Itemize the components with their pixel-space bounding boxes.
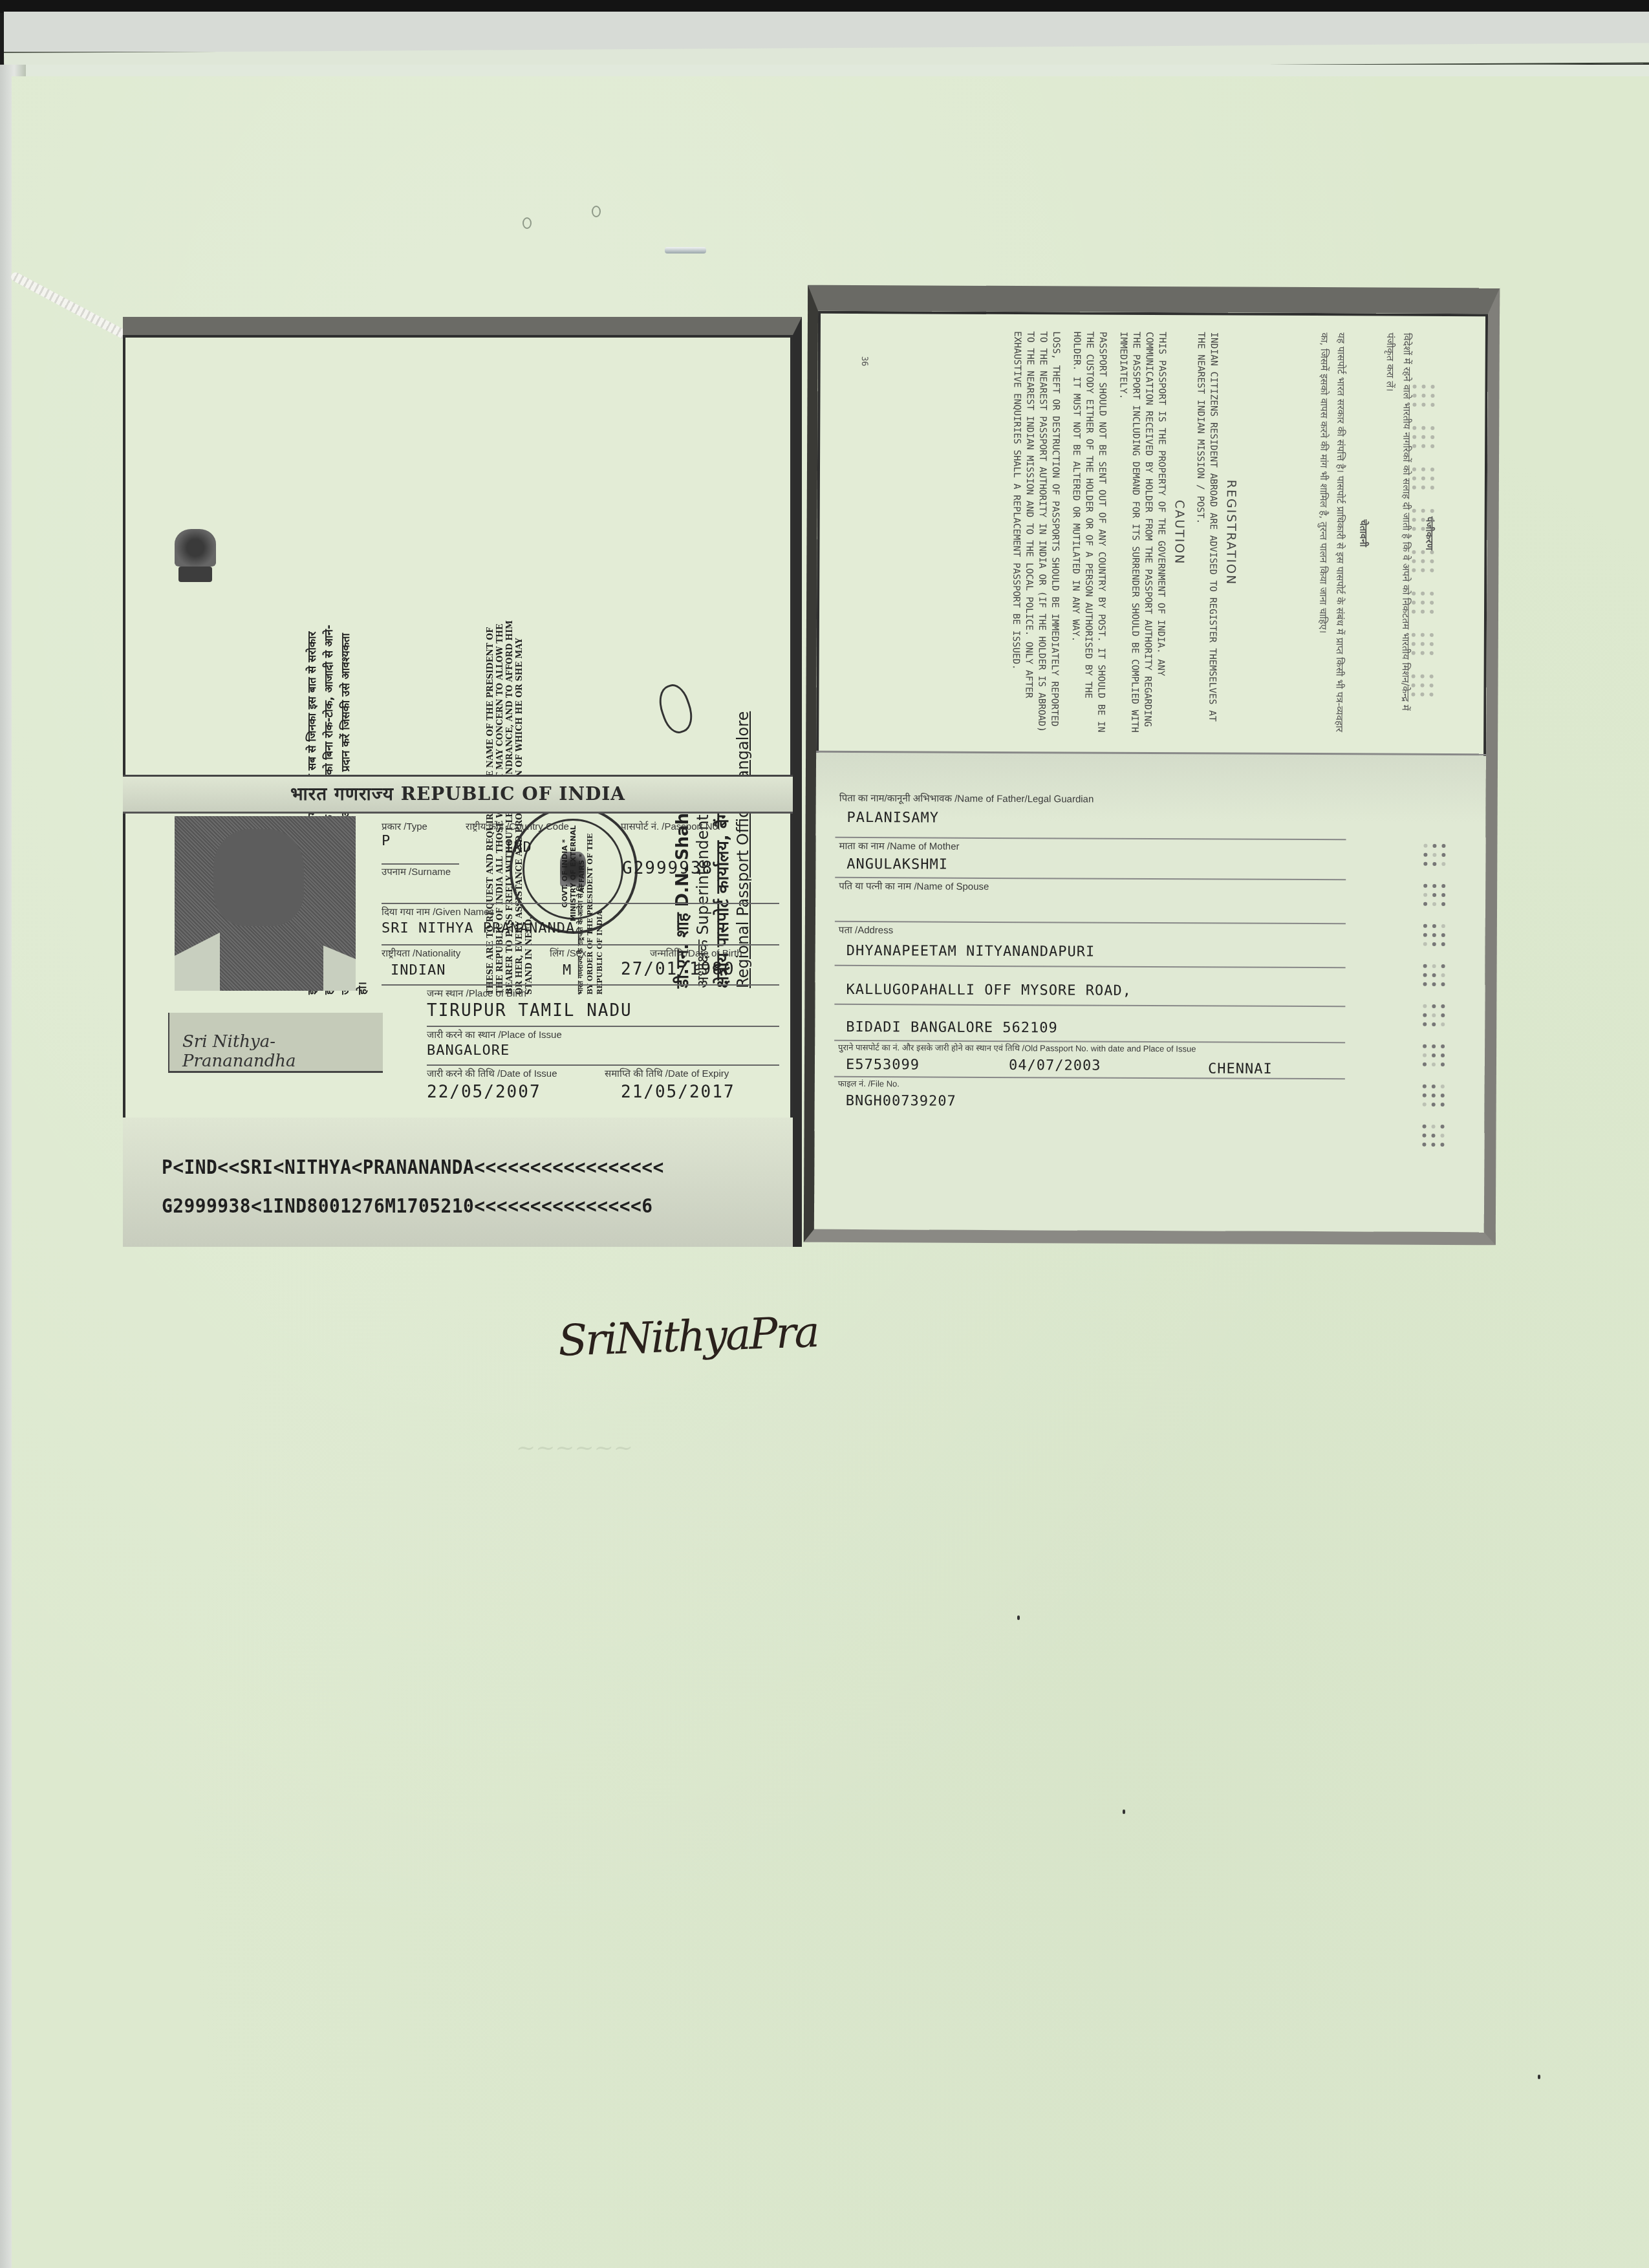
perforation-dot xyxy=(1430,675,1434,678)
perforation-dot xyxy=(1441,933,1445,937)
perforation-dot xyxy=(1431,385,1435,389)
date-of-issue-value: 22/05/2007 xyxy=(427,1083,541,1102)
perforation-dot xyxy=(1421,559,1425,563)
country-code-label: राष्ट्रीय कोड /Country Code xyxy=(466,820,569,833)
file-no-label: फाइल नं. /File No. xyxy=(838,1077,900,1089)
perforation-dot xyxy=(1423,844,1427,848)
perforation-dot xyxy=(1421,486,1425,490)
passport-data-page: इसके द्वारा, भारत गणराज्य के राष्ट्रपति … xyxy=(123,317,802,1247)
perforation-dot xyxy=(1411,693,1415,697)
hindi-registration-text: विदेशों में रहने वाले भारतीय नागरिकों को… xyxy=(1380,333,1416,734)
english-instructions: REGISTRATION INDIAN CITIZENS RESIDENT AB… xyxy=(1001,331,1238,733)
surname-label: उपनाम /Surname xyxy=(382,865,451,878)
old-passport-no: E5753099 xyxy=(846,1057,920,1073)
perforation-dot xyxy=(1412,477,1416,481)
perforation-dot xyxy=(1432,1053,1436,1057)
perforation-dot xyxy=(1421,426,1425,430)
staple xyxy=(665,247,706,254)
perforation-dot xyxy=(1423,893,1427,897)
perforation-dot xyxy=(1421,468,1425,471)
mrz-line-2: G2999938<1IND8001276M1705210<<<<<<<<<<<<… xyxy=(162,1195,653,1218)
perforation-dot xyxy=(1430,633,1434,637)
national-emblem-icon xyxy=(169,529,221,600)
file-no-value: BNGH00739207 xyxy=(846,1093,956,1110)
perforation-dot xyxy=(1412,444,1416,448)
caution-text-1: THIS PASSPORT IS THE PROPERTY OF THE GOV… xyxy=(1115,332,1169,733)
passport-observations-page: 36 REGISTRATION INDIAN CITIZENS RESIDENT… xyxy=(804,285,1500,1246)
perforation-dot xyxy=(1423,1004,1427,1008)
perforation-dot xyxy=(1432,844,1436,848)
address-label: पता /Address xyxy=(839,923,893,936)
old-passport-label: पुराने पासपोर्ट का नं. और इसके जारी होने… xyxy=(838,1041,1196,1054)
scanner-edge xyxy=(0,0,1649,13)
perforation-dot xyxy=(1441,1103,1445,1107)
perforation-dot xyxy=(1421,633,1425,637)
perforation-dot xyxy=(1421,509,1425,513)
perforation-dot xyxy=(1441,924,1445,928)
date-of-expiry-value: 21/05/2017 xyxy=(621,1083,735,1102)
perforation-dot xyxy=(1423,1063,1427,1066)
perforation-dot xyxy=(1430,426,1434,430)
perforation-dot xyxy=(1432,1022,1436,1026)
perforation-dot xyxy=(1412,642,1416,646)
passport-no-label: पासपोर्ट नं. /Passport No. xyxy=(621,820,720,833)
perforation-dot xyxy=(1412,559,1416,563)
perforation-dot xyxy=(1421,527,1425,531)
perforation-dot xyxy=(1423,1094,1427,1097)
perforation-dot xyxy=(1441,844,1445,848)
perforation-dot xyxy=(1441,1094,1445,1097)
perforation-dot xyxy=(1422,1134,1426,1138)
paper-speck xyxy=(1123,1809,1125,1814)
given-names-label: दिया गया नाम /Given Names xyxy=(382,905,494,918)
caution-heading: CAUTION xyxy=(1172,332,1187,733)
type-label: प्रकार /Type xyxy=(382,820,427,833)
place-of-issue-value: BANGALORE xyxy=(427,1042,510,1059)
perforation-dot xyxy=(1423,964,1427,968)
perforation-dot xyxy=(1432,1085,1436,1088)
perforation-dot xyxy=(1432,1103,1436,1107)
perforation-dot xyxy=(1422,385,1426,389)
perforation-dot xyxy=(1441,964,1445,968)
perforation-dot xyxy=(1430,592,1434,596)
perforation-dot xyxy=(1432,964,1436,968)
father-value: PALANISAMY xyxy=(847,810,940,826)
perforation-dot xyxy=(1432,924,1436,928)
perforation-dot xyxy=(1441,1004,1445,1008)
nationality-value: INDIAN xyxy=(391,962,446,978)
perforation-dot xyxy=(1412,403,1416,407)
perforation-dot xyxy=(1421,403,1425,407)
holder-signature: Sri Nithya-Prananandha xyxy=(182,1032,383,1071)
perforation-dot xyxy=(1441,853,1445,857)
place-of-issue-label: जारी करने का स्थान /Place of Issue xyxy=(427,1028,562,1041)
perforation-dot xyxy=(1441,973,1445,977)
paper-speck xyxy=(1538,2075,1540,2079)
perforation-dot xyxy=(1423,1044,1427,1048)
paper-signature: SriNithyaPra xyxy=(557,1307,819,1366)
perforation-dot xyxy=(1412,509,1416,513)
perforation-dot xyxy=(1430,651,1434,655)
perforation-dot xyxy=(1430,550,1434,554)
perforation-dot xyxy=(1421,684,1425,687)
perforation-dot xyxy=(1421,444,1425,448)
perforation-dot xyxy=(1432,853,1436,857)
registration-text: INDIAN CITIZENS RESIDENT ABROAD ARE ADVI… xyxy=(1192,332,1220,733)
perforation-dot xyxy=(1412,550,1416,554)
address-line-2: KALLUGOPAHALLI OFF MYSORE ROAD, xyxy=(846,982,1132,999)
caution-text-2: PASSPORT SHOULD NOT BE SENT OUT OF ANY C… xyxy=(1068,331,1109,732)
perforation-dot xyxy=(1430,477,1434,481)
perforation-dot xyxy=(1421,568,1425,572)
republic-of-india-title: भारत गणराज्य REPUBLIC OF INDIA xyxy=(123,775,793,814)
perforation-dot xyxy=(1441,1085,1445,1088)
perforation-dot xyxy=(1412,435,1416,439)
perforation-dot xyxy=(1421,477,1425,481)
hindi-caution-text: यह पासपोर्ट भारत सरकार की संपत्ति है। पा… xyxy=(1314,332,1350,733)
country-code-value: IND xyxy=(504,839,532,856)
perforation-dot xyxy=(1440,1134,1444,1138)
perforation-dot xyxy=(1441,1053,1445,1057)
perforation-dot xyxy=(1432,973,1436,977)
perforation-dot xyxy=(1412,610,1416,614)
perforation-dot xyxy=(1441,902,1445,906)
perforation-dot xyxy=(1421,651,1425,655)
perforation-dot xyxy=(1430,444,1434,448)
dob-label: जन्मतिथि /Date of Birth xyxy=(650,947,742,960)
perforated-passport-number xyxy=(818,311,1488,314)
perforation-dot xyxy=(1413,385,1417,389)
perforation-dot xyxy=(1423,1085,1427,1088)
machine-readable-zone: P<IND<<SRI<NITHYA<PRANANANDA<<<<<<<<<<<<… xyxy=(123,1118,793,1247)
perforation-dot xyxy=(1412,684,1416,687)
perforation-dot xyxy=(1423,1013,1427,1017)
perforation-dot xyxy=(1430,601,1434,605)
perforation-dot xyxy=(1441,884,1445,888)
perforation-dot xyxy=(1423,1103,1427,1107)
perforation-dot xyxy=(1412,568,1416,572)
perforation-dot xyxy=(1423,862,1427,866)
perforation-dot xyxy=(1412,426,1416,430)
spouse-label: पति या पत्नी का नाम /Name of Spouse xyxy=(839,880,989,893)
document-page: इसके द्वारा, भारत गणराज्य के राष्ट्रपति … xyxy=(12,76,1649,2268)
perforation-dot xyxy=(1412,527,1416,531)
perforation-dot xyxy=(1421,642,1425,646)
perforation-dot xyxy=(1441,1044,1445,1048)
perforation-dot xyxy=(1430,468,1434,471)
perforation-dot xyxy=(1431,1143,1435,1147)
hindi-heading-caution: चेतावनी xyxy=(1354,332,1373,733)
perforation-dot xyxy=(1441,942,1445,946)
perforation-dot xyxy=(1432,893,1436,897)
perforation-dot xyxy=(1441,1013,1445,1017)
registration-heading: REGISTRATION xyxy=(1223,332,1238,733)
perforation-dot xyxy=(1430,486,1434,490)
perforation-dot xyxy=(1432,884,1436,888)
perforation-dot xyxy=(1420,693,1424,697)
perforation-dot xyxy=(1432,1044,1436,1048)
perforation-dot xyxy=(1432,1125,1436,1129)
passport-no-value: G2999938 xyxy=(622,859,713,878)
father-label: पिता का नाम/कानूनी अभिभावक /Name of Fath… xyxy=(839,792,1094,806)
perforation-dot xyxy=(1441,982,1445,986)
perforation-dot xyxy=(1421,592,1425,596)
perforation-dot xyxy=(1412,651,1416,655)
perforation-dot xyxy=(1432,1013,1436,1017)
old-passport-date: 04/07/2003 xyxy=(1009,1057,1101,1074)
type-value: P xyxy=(382,833,391,849)
perforation-dot xyxy=(1412,675,1416,678)
sex-value: M xyxy=(563,962,572,978)
perforation-dot xyxy=(1423,853,1427,857)
perforation-dot xyxy=(1421,550,1425,554)
perforation-dot xyxy=(1432,942,1436,946)
place-of-birth-label: जन्म स्थान /Place of Birth xyxy=(427,987,526,1000)
perforation-dot xyxy=(1432,933,1436,937)
perforation-dot xyxy=(1423,933,1427,937)
perforation-dot xyxy=(1430,559,1434,563)
perforation-dot xyxy=(1423,942,1427,946)
perforation-dot xyxy=(1421,518,1425,522)
holder-photo xyxy=(175,816,356,991)
perforation-dot xyxy=(1421,610,1425,614)
perforation-dot xyxy=(1432,1094,1436,1097)
perforation-dot xyxy=(1441,1125,1445,1129)
mother-value: ANGULAKSHMI xyxy=(846,856,948,873)
perforation-dot xyxy=(1441,1063,1445,1066)
perforation-dot xyxy=(1441,862,1445,866)
bleed-through-mark: ~~~~~~ xyxy=(516,1434,633,1461)
page-number: 36 xyxy=(859,356,869,367)
place-of-birth-value: TIRUPUR TAMIL NADU xyxy=(427,1001,632,1021)
perforation-dot xyxy=(1412,633,1416,637)
perforation-dot xyxy=(1430,509,1434,513)
perforation-dot xyxy=(1423,924,1427,928)
perforation-dot xyxy=(1430,610,1434,614)
nationality-label: राष्ट्रीयता /Nationality xyxy=(382,947,460,960)
punch-hole xyxy=(592,206,601,217)
perforation-dot xyxy=(1421,435,1425,439)
sex-label: लिंग /Sex xyxy=(550,947,587,960)
perforation-dot xyxy=(1430,642,1434,646)
perforation-dot xyxy=(1440,1143,1444,1147)
perforation-dot xyxy=(1423,902,1427,906)
stamp-text: GOVT. OF INDIA * MINISTRY OF EXTERNAL AF… xyxy=(561,825,586,922)
perforation-dot xyxy=(1412,394,1416,398)
mother-label: माता का नाम /Name of Mother xyxy=(839,839,959,853)
perforation-dot xyxy=(1423,884,1427,888)
date-of-issue-label: जारी करने की तिथि /Date of Issue xyxy=(427,1067,557,1080)
personal-details-section: पिता का नाम/कानूनी अभिभावक /Name of Fath… xyxy=(814,751,1486,1235)
perforation-dot xyxy=(1431,1134,1435,1138)
paper-speck xyxy=(1017,1615,1020,1620)
perforation-dot xyxy=(1441,893,1445,897)
perforation-dot xyxy=(1412,486,1416,490)
perforation-dot xyxy=(1430,403,1434,407)
mrz-line-1: P<IND<<SRI<NITHYA<PRANANANDA<<<<<<<<<<<<… xyxy=(162,1156,664,1179)
perforation-dot xyxy=(1430,394,1434,398)
perforation-dot xyxy=(1421,675,1425,678)
perforation-dot xyxy=(1430,684,1434,687)
perforation-dot xyxy=(1423,973,1427,977)
dob-value: 27/01/1980 xyxy=(621,960,735,979)
perforation-dot xyxy=(1429,693,1433,697)
perforation-dot xyxy=(1423,1125,1427,1129)
hindi-instructions: पंजीकरण विदेशों में रहने वाले भारतीय नाग… xyxy=(1314,332,1439,734)
perforation-dot xyxy=(1430,435,1434,439)
perforation-dot xyxy=(1430,527,1434,531)
perforation-dot xyxy=(1432,902,1436,906)
perforation-dot xyxy=(1422,1143,1426,1147)
address-line-1: DHYANAPEETAM NITYANANDAPURI xyxy=(846,943,1095,960)
perforation-dot xyxy=(1412,601,1416,605)
perforation-dot xyxy=(1421,394,1425,398)
perforation-dot xyxy=(1430,568,1434,572)
perforation-dot xyxy=(1432,1004,1436,1008)
punch-hole xyxy=(523,217,532,229)
holder-signature-box: Sri Nithya-Prananandha xyxy=(168,1013,383,1073)
perforation-dot xyxy=(1432,862,1436,866)
address-line-3: BIDADI BANGALORE 562109 xyxy=(846,1019,1058,1036)
perforation-dot xyxy=(1430,518,1434,522)
perforation-dot xyxy=(1423,1022,1427,1026)
perforation-dot xyxy=(1421,601,1425,605)
caution-text-3: LOSS, THEFT OR DESTRUCTION OF PASSPORTS … xyxy=(1009,331,1062,732)
perforation-dot xyxy=(1412,468,1416,471)
perforation-dot xyxy=(1412,518,1416,522)
given-names-value: SRI NITHYA PRANANANDA xyxy=(382,920,575,936)
perforation-dot xyxy=(1441,1022,1445,1026)
perforation-dot xyxy=(1412,592,1416,596)
old-passport-place: CHENNAI xyxy=(1208,1061,1273,1077)
perforation-dot xyxy=(1432,1063,1436,1066)
perforation-dot xyxy=(1423,1053,1427,1057)
perforation-dot xyxy=(1432,982,1436,986)
perforation-dot xyxy=(1423,982,1427,986)
date-of-expiry-label: समाप्ति की तिथि /Date of Expiry xyxy=(605,1067,729,1080)
